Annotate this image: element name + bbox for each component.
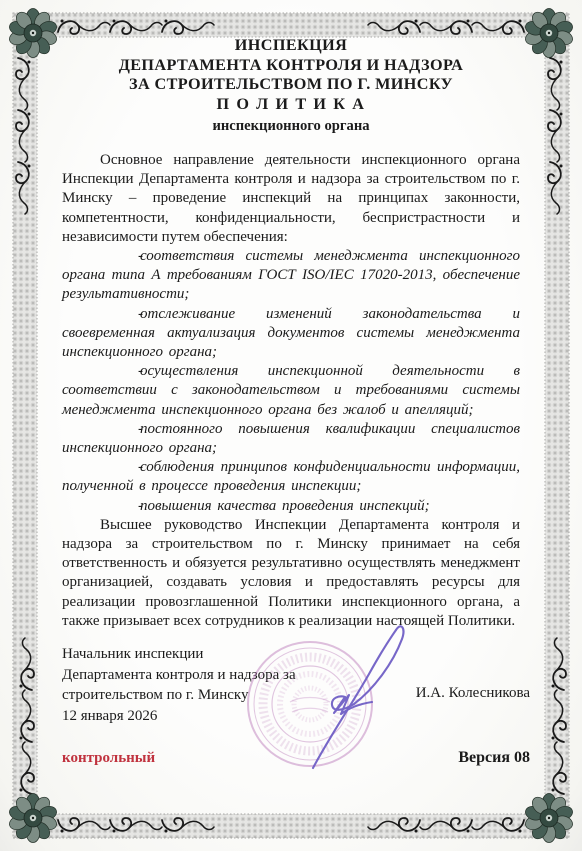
org-title-line: ДЕПАРТАМЕНТА КОНТРОЛЯ И НАДЗОРА	[62, 56, 520, 76]
document-header: ИНСПЕКЦИЯ ДЕПАРТАМЕНТА КОНТРОЛЯ И НАДЗОР…	[62, 36, 520, 136]
bullet-dash: -	[100, 458, 140, 477]
bullet-dash: -	[100, 305, 140, 324]
control-mark: контрольный	[62, 749, 155, 768]
policy-bullet-item: -повышения качества проведения инспекций…	[62, 497, 520, 516]
document-footer: контрольный Версия 08	[62, 748, 520, 768]
policy-bullet-item: -соблюдения принципов конфиденциальности…	[62, 458, 520, 496]
signatory-title-line: Начальник инспекции	[62, 644, 520, 665]
document-content: ИНСПЕКЦИЯ ДЕПАРТАМЕНТА КОНТРОЛЯ И НАДЗОР…	[62, 36, 520, 768]
bullet-dash: -	[100, 420, 140, 439]
border-band-left	[13, 13, 37, 838]
org-title-line: ИНСПЕКЦИЯ	[62, 36, 520, 56]
signatory-title-line: Департамента контроля и надзора за	[62, 665, 520, 686]
org-title-line: ЗА СТРОИТЕЛЬСТВОМ ПО Г. МИНСКУ	[62, 75, 520, 95]
signatory-name: И.А. Колесникова	[416, 683, 530, 704]
bullet-dash: -	[100, 247, 140, 266]
bullet-dash: -	[100, 362, 140, 381]
bullet-dash: -	[100, 497, 140, 516]
policy-document-page: ИНСПЕКЦИЯ ДЕПАРТАМЕНТА КОНТРОЛЯ И НАДЗОР…	[0, 0, 582, 851]
border-band-right	[545, 13, 569, 838]
signature-block: Начальник инспекции Департамента контрол…	[62, 644, 520, 728]
policy-bullet-item: -отслеживание изменений законодательства…	[62, 305, 520, 363]
doc-type-title: П О Л И Т И К А	[62, 95, 520, 115]
signature-date: 12 января 2026	[62, 706, 520, 727]
policy-bullet-item: -соответствия системы менеджмента инспек…	[62, 247, 520, 305]
doc-subtitle: инспекционного органа	[62, 116, 520, 136]
version-label: Версия 08	[458, 748, 530, 767]
bullet-text: повышения качества проведения инспекций;	[140, 498, 430, 514]
policy-bullet-item: -осуществления инспекционной деятельност…	[62, 362, 520, 420]
policy-bullet-item: -постоянного повышения квалификации спец…	[62, 420, 520, 458]
border-band-bottom	[13, 814, 569, 838]
policy-intro-paragraph: Основное направление деятельности инспек…	[62, 151, 520, 247]
policy-commitment-paragraph: Высшее руководство Инспекции Департамент…	[62, 516, 520, 631]
border-band-top	[13, 13, 569, 37]
